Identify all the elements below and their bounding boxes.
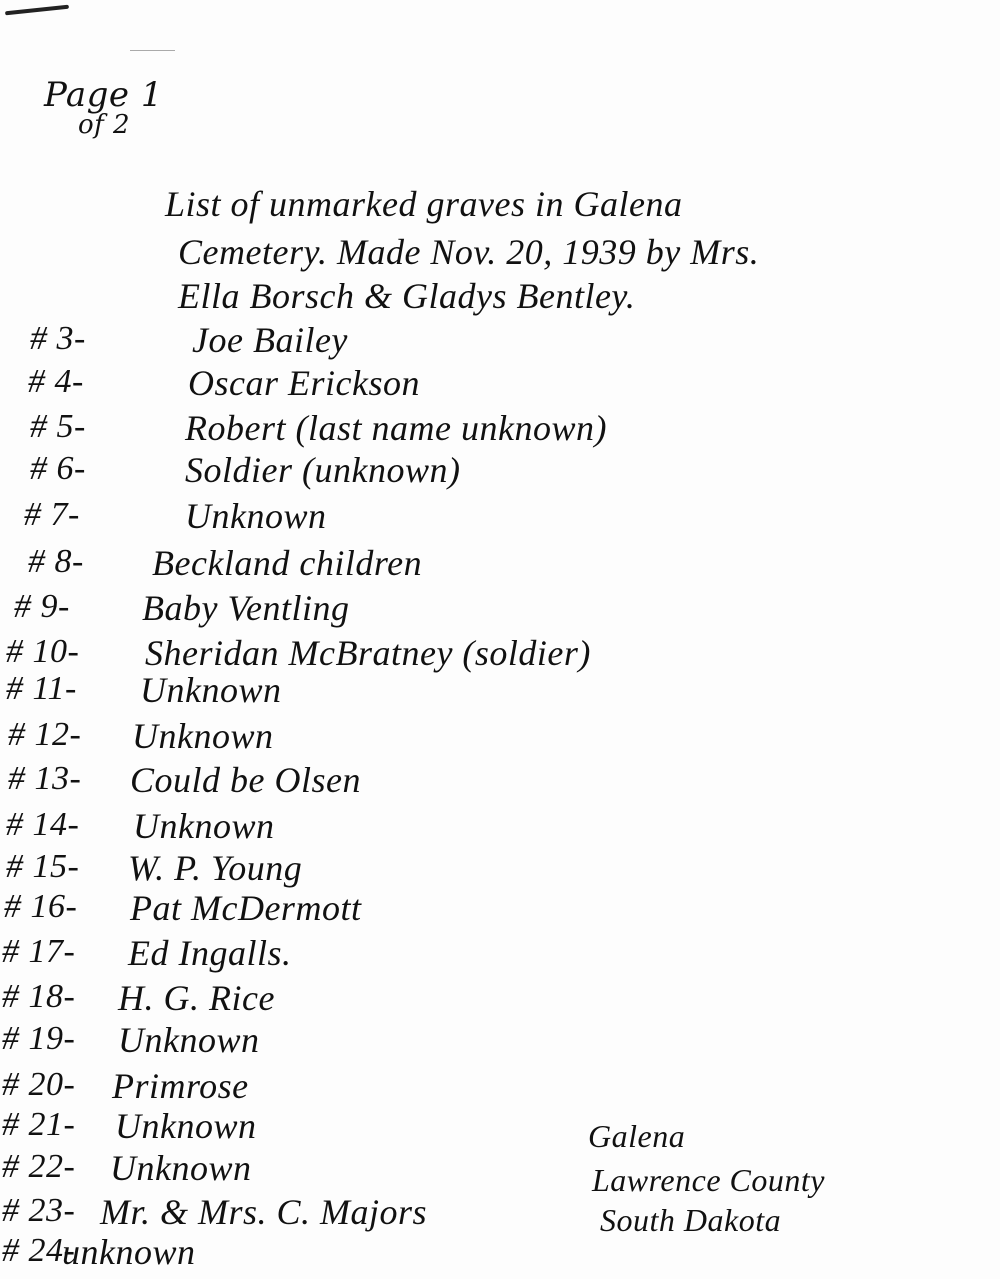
grave-name: Unknown [140, 672, 282, 708]
grave-number: # 17- [2, 935, 75, 969]
grave-name: Oscar Erickson [188, 365, 420, 401]
grave-entry: # 11-Unknown [0, 672, 1000, 716]
grave-entry: # 16-Pat McDermott [0, 890, 1000, 934]
grave-number: # 21- [2, 1108, 75, 1142]
grave-name: Soldier (unknown) [185, 452, 460, 488]
grave-name: Mr. & Mrs. C. Majors [100, 1194, 427, 1230]
staple-mark [5, 5, 69, 16]
grave-name: Unknown [118, 1022, 260, 1058]
grave-number: # 16- [4, 890, 77, 924]
grave-number: # 15- [6, 850, 79, 884]
grave-name: H. G. Rice [118, 980, 275, 1016]
title-line-1: List of unmarked graves in Galena [165, 186, 682, 222]
grave-number: # 12- [8, 718, 81, 752]
grave-entry: # 14-Unknown [0, 808, 1000, 852]
location-county: Lawrence County [592, 1162, 825, 1199]
location-town: Galena [588, 1118, 685, 1155]
grave-number: # 8- [28, 545, 84, 579]
grave-entry: # 3-Joe Bailey [0, 322, 1000, 366]
grave-entry: # 8-Beckland children [0, 545, 1000, 589]
grave-entry: # 6-Soldier (unknown) [0, 452, 1000, 496]
page-total-note: of 2 [78, 110, 130, 140]
grave-number: # 3- [30, 322, 86, 356]
grave-number: # 19- [2, 1022, 75, 1056]
grave-number: # 13- [8, 762, 81, 796]
grave-name: Unknown [132, 718, 274, 754]
grave-number: # 9- [14, 590, 70, 624]
grave-name: Joe Bailey [192, 322, 348, 358]
grave-number: # 23- [2, 1194, 75, 1228]
location-state: South Dakota [600, 1202, 781, 1239]
grave-entry: # 18-H. G. Rice [0, 980, 1000, 1024]
grave-number: # 14- [6, 808, 79, 842]
grave-name: Baby Ventling [142, 590, 349, 626]
grave-number: # 10- [6, 635, 79, 669]
grave-entry: # 13-Could be Olsen [0, 762, 1000, 806]
grave-number: # 11- [6, 672, 77, 706]
grave-name: Ed Ingalls. [128, 935, 292, 971]
grave-name: Primrose [112, 1068, 249, 1104]
grave-name: Beckland children [152, 545, 422, 581]
grave-number: # 4- [28, 365, 84, 399]
grave-entry: # 24-unknown [0, 1234, 1000, 1278]
grave-entry: # 17-Ed Ingalls. [0, 935, 1000, 979]
grave-name: Pat McDermott [130, 890, 361, 926]
title-line-3: Ella Borsch & Gladys Bentley. [178, 278, 635, 314]
grave-name: Robert (last name unknown) [185, 410, 607, 446]
grave-entry: # 19-Unknown [0, 1022, 1000, 1066]
grave-name: Unknown [185, 498, 327, 534]
grave-number: # 6- [30, 452, 86, 486]
grave-entry: # 21-Unknown [0, 1108, 1000, 1152]
grave-entry: # 4-Oscar Erickson [0, 365, 1000, 409]
stray-pen-mark [130, 50, 175, 51]
grave-entry: # 9-Baby Ventling [0, 590, 1000, 634]
grave-number: # 22- [2, 1150, 75, 1184]
grave-number: # 20- [2, 1068, 75, 1102]
grave-name: Could be Olsen [130, 762, 361, 798]
grave-name: Unknown [133, 808, 275, 844]
grave-name: Sheridan McBratney (soldier) [145, 635, 591, 671]
grave-entry: # 12-Unknown [0, 718, 1000, 762]
title-line-2: Cemetery. Made Nov. 20, 1939 by Mrs. [178, 234, 759, 270]
grave-entry: # 5-Robert (last name unknown) [0, 410, 1000, 454]
grave-name: Unknown [115, 1108, 257, 1144]
grave-number: # 18- [2, 980, 75, 1014]
document-page: Page 1 of 2 List of unmarked graves in G… [0, 0, 1000, 1279]
grave-name: W. P. Young [128, 850, 302, 886]
grave-entry: # 22-Unknown [0, 1150, 1000, 1194]
grave-number: # 5- [30, 410, 86, 444]
grave-name: unknown [62, 1234, 196, 1270]
grave-entry: # 7-Unknown [0, 498, 1000, 542]
page-number-note: Page 1 [44, 78, 163, 112]
grave-name: Unknown [110, 1150, 252, 1186]
grave-number: # 7- [24, 498, 80, 532]
